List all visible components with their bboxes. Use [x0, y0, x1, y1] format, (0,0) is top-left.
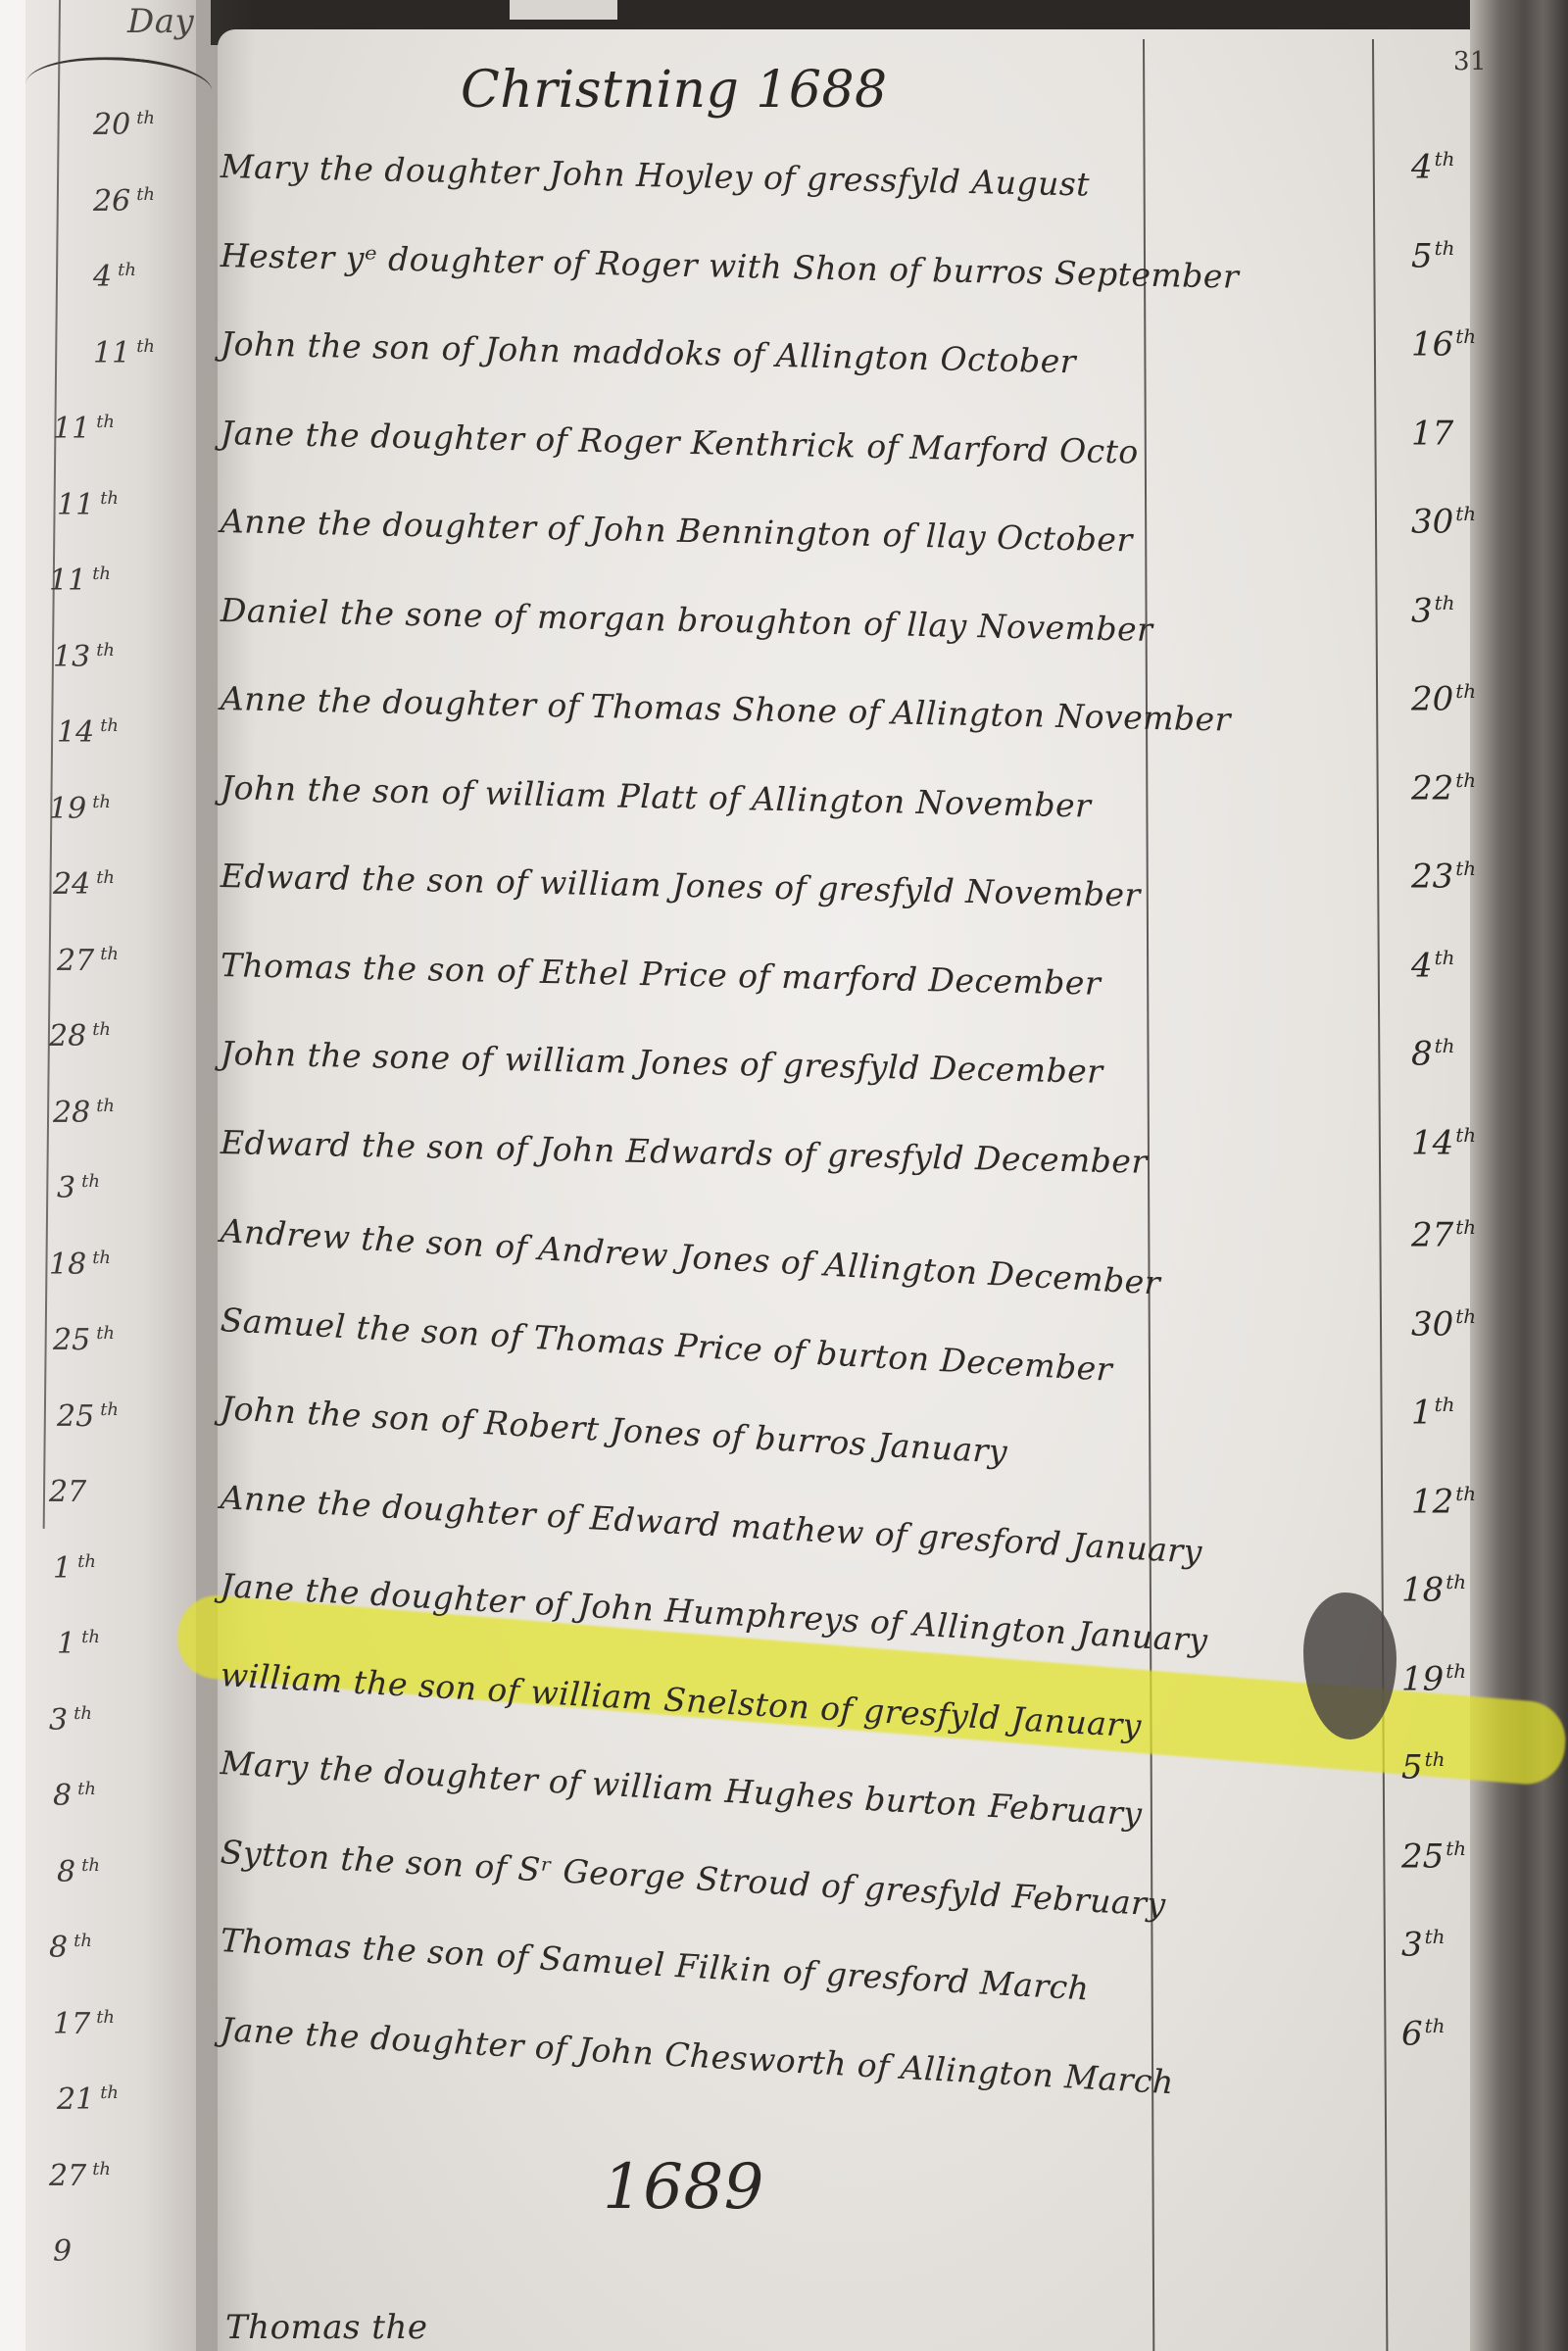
entry-day-number: 12	[1411, 1482, 1453, 1521]
entry-day: 4th	[1411, 946, 1455, 985]
entry-month: March	[1063, 2057, 1174, 2101]
margin-day-entry: 11th	[53, 412, 115, 446]
margin-day-entry: 27th	[57, 944, 119, 978]
entry-day-suffix: th	[1435, 236, 1455, 260]
entry-day: 8th	[1411, 1034, 1455, 1073]
entry-month: September	[1054, 253, 1240, 295]
entry-day: 30th	[1411, 1304, 1476, 1344]
margin-day-suffix: th	[92, 1019, 111, 1040]
margin-day-suffix: th	[136, 184, 155, 205]
margin-day-entry: 11th	[93, 336, 155, 370]
margin-day-entry: 18th	[49, 1248, 111, 1282]
margin-day-entry: 11th	[57, 488, 119, 522]
entry-day-suffix: th	[1445, 1659, 1466, 1683]
entry-day: 5th	[1401, 1747, 1445, 1787]
margin-day-entry: 8th	[49, 1931, 92, 1965]
margin-day-entry: 17th	[53, 2007, 115, 2041]
margin-day-entry: 20th	[93, 108, 155, 142]
book-right-edge	[1470, 0, 1568, 2351]
margin-day-entry: 3th	[49, 1703, 92, 1738]
margin-day-entry: 9	[53, 2234, 77, 2269]
margin-day-number: 11	[93, 336, 130, 370]
entry-day-number: 6	[1401, 2014, 1423, 2053]
entry-day-suffix: th	[1425, 2014, 1445, 2037]
entry-day-suffix: th	[1445, 1570, 1466, 1593]
entry-day: 16th	[1411, 324, 1476, 364]
entry-day-suffix: th	[1435, 147, 1455, 171]
entry-day: 17	[1411, 414, 1455, 453]
entry-month: December	[975, 1139, 1149, 1181]
margin-day-suffix: th	[77, 1779, 96, 1799]
margin-day-entry: 24th	[53, 867, 115, 902]
margin-day-entry: 25th	[57, 1399, 119, 1434]
page-title: Christning 1688	[461, 61, 888, 120]
year-heading-1689: 1689	[603, 2151, 764, 2224]
margin-day-number: 20	[93, 108, 130, 142]
margin-day-number: 1	[53, 1551, 72, 1586]
entry-day-number: 22	[1411, 768, 1453, 808]
margin-day-entry: 26th	[93, 184, 155, 219]
entry-day-number: 19	[1401, 1659, 1444, 1698]
margin-day-suffix: th	[81, 1627, 100, 1647]
margin-day-entry: 14th	[57, 715, 119, 750]
margin-day-suffix: th	[118, 260, 136, 280]
margin-day-suffix: th	[100, 2082, 119, 2103]
entry-day: 4th	[1411, 147, 1455, 186]
margin-day-suffix: th	[96, 2007, 115, 2028]
margin-day-number: 3	[49, 1703, 68, 1738]
margin-day-suffix: th	[100, 488, 119, 509]
margin-day-number: 11	[53, 412, 90, 446]
margin-day-entry: 1th	[57, 1627, 100, 1661]
margin-day-entry: 11th	[49, 563, 111, 598]
entry-month: October	[997, 518, 1133, 560]
entry-month: November	[965, 872, 1141, 914]
background-patch	[510, 0, 617, 20]
entry-month: January	[1076, 1614, 1208, 1659]
margin-day-number: 9	[53, 2234, 72, 2269]
margin-day-number: 25	[57, 1399, 94, 1434]
entry-day-suffix: th	[1445, 1837, 1466, 1860]
entry-day-suffix: th	[1455, 502, 1476, 525]
entry-month: December	[930, 1049, 1103, 1091]
margin-day-number: 27	[49, 2159, 86, 2193]
entry-month: October	[940, 339, 1076, 380]
margin-day-suffix: th	[77, 1551, 96, 1572]
margin-day-number: 11	[49, 563, 86, 598]
entry-day: 12th	[1411, 1482, 1476, 1521]
entry-day-suffix: th	[1435, 1393, 1455, 1416]
margin-day-suffix: th	[100, 715, 119, 736]
margin-day-suffix: th	[92, 1248, 111, 1268]
entry-day: 18th	[1401, 1570, 1466, 1609]
entry-month: Octo	[1059, 430, 1139, 470]
margin-day-suffix: th	[96, 1096, 115, 1116]
margin-day-entry: 1th	[53, 1551, 96, 1586]
entry-day-number: 3	[1411, 591, 1433, 630]
margin-day-number: 25	[53, 1323, 90, 1357]
margin-day-number: 17	[53, 2007, 90, 2041]
margin-day-number: 4	[93, 260, 112, 294]
entry-day-suffix: th	[1455, 1215, 1476, 1239]
entry-month: January	[1071, 1525, 1203, 1570]
entry-day-suffix: th	[1455, 768, 1476, 792]
entry-day: 27th	[1411, 1215, 1476, 1254]
margin-day-suffix: th	[73, 1931, 92, 1951]
entry-day-suffix: th	[1455, 679, 1476, 703]
margin-day-number: 24	[53, 867, 90, 902]
entry-day: 20th	[1411, 679, 1476, 718]
entry-month: November	[1055, 697, 1231, 739]
entry-day-suffix: th	[1435, 591, 1455, 614]
margin-day-entry: 4th	[93, 260, 136, 294]
entry-month: November	[915, 782, 1091, 824]
margin-day-suffix: th	[100, 1399, 119, 1420]
margin-day-entry: 27th	[49, 2159, 111, 2193]
margin-day-suffix: th	[96, 1323, 115, 1344]
margin-day-suffix: th	[92, 792, 111, 812]
margin-day-entry: 3th	[57, 1171, 100, 1205]
entry-day-number: 30	[1411, 1304, 1453, 1344]
margin-day-number: 3	[57, 1171, 75, 1205]
margin-day-entry: 8th	[57, 1855, 100, 1889]
margin-column-header: Day	[127, 2, 194, 41]
entry-day-number: 1	[1411, 1393, 1433, 1432]
entry-month: January	[876, 1426, 1008, 1471]
entry-month: December	[928, 960, 1102, 1003]
margin-day-number: 28	[49, 1019, 86, 1053]
margin-day-suffix: th	[96, 412, 115, 432]
entry-month: March	[979, 1963, 1090, 2007]
entry-day-number: 30	[1411, 502, 1453, 541]
entry-day: 3th	[1411, 591, 1455, 630]
margin-day-suffix: th	[92, 563, 111, 584]
entry-day-suffix: th	[1435, 946, 1455, 969]
entry-day-number: 23	[1411, 857, 1453, 896]
entry-day-number: 20	[1411, 679, 1453, 718]
entry-day-suffix: th	[1435, 1034, 1455, 1057]
margin-day-number: 19	[49, 792, 86, 826]
margin-day-entry: 28th	[53, 1096, 115, 1130]
entry-day-number: 27	[1411, 1215, 1453, 1254]
entry-day: 30th	[1411, 502, 1476, 541]
margin-day-number: 27	[57, 944, 94, 978]
entry-day: 3th	[1401, 1925, 1445, 1964]
margin-day-suffix: th	[136, 108, 155, 128]
margin-day-number: 1	[57, 1627, 75, 1661]
entry-day-suffix: th	[1425, 1747, 1445, 1771]
entry-day-number: 3	[1401, 1925, 1423, 1964]
register-page	[218, 29, 1482, 2351]
entry-day: 1th	[1411, 1393, 1455, 1432]
entry-day-number: 5	[1401, 1747, 1423, 1787]
margin-day-entry: 8th	[53, 1779, 96, 1813]
entry-day-suffix: th	[1425, 1925, 1445, 1948]
entry-day-number: 16	[1411, 324, 1453, 364]
margin-day-entry: 13th	[53, 640, 115, 674]
trailing-entry-fragment: Thomas the	[225, 2308, 428, 2347]
margin-day-number: 14	[57, 715, 94, 750]
margin-day-suffix: th	[81, 1171, 100, 1192]
page-number: 31	[1453, 47, 1487, 76]
margin-day-number: 8	[57, 1855, 75, 1889]
entry-day: 19th	[1401, 1659, 1466, 1698]
entry-month: February	[1011, 1877, 1167, 1924]
entry-month: January	[1010, 1699, 1143, 1744]
entry-day: 25th	[1401, 1837, 1466, 1876]
margin-day-number: 26	[93, 184, 130, 219]
margin-day-suffix: th	[92, 2159, 111, 2180]
margin-day-suffix: th	[81, 1855, 100, 1876]
margin-day-number: 13	[53, 640, 90, 674]
entry-day: 23th	[1411, 857, 1476, 896]
entry-day-suffix: th	[1455, 324, 1476, 348]
entry-day-number: 14	[1411, 1123, 1453, 1162]
margin-day-suffix: th	[73, 1703, 92, 1724]
margin-day-suffix: th	[100, 944, 119, 964]
margin-day-number: 28	[53, 1096, 90, 1130]
margin-day-number: 11	[57, 488, 94, 522]
entry-day-number: 17	[1411, 414, 1453, 453]
margin-day-entry: 21th	[57, 2082, 119, 2117]
margin-day-number: 8	[49, 1931, 68, 1965]
entry-day: 5th	[1411, 236, 1455, 275]
margin-day-suffix: th	[96, 867, 115, 888]
entry-day-number: 25	[1401, 1837, 1444, 1876]
entry-day: 6th	[1401, 2014, 1445, 2053]
entry-day-number: 8	[1411, 1034, 1433, 1073]
margin-day-number: 21	[57, 2082, 94, 2117]
entry-day-number: 5	[1411, 236, 1433, 275]
entry-day: 22th	[1411, 768, 1476, 808]
entry-day-suffix: th	[1455, 857, 1476, 880]
margin-day-suffix: th	[96, 640, 115, 661]
entry-day-suffix: th	[1455, 1123, 1476, 1147]
margin-day-entry: 27	[49, 1475, 92, 1509]
entry-month: August	[971, 163, 1090, 204]
page-outer-margin	[0, 0, 25, 2351]
margin-day-number: 8	[53, 1779, 72, 1813]
margin-day-suffix: th	[136, 336, 155, 357]
margin-day-entry: 28th	[49, 1019, 111, 1053]
entry-day-suffix: th	[1455, 1482, 1476, 1505]
margin-day-entry: 19th	[49, 792, 111, 826]
entry-day: 14th	[1411, 1123, 1476, 1162]
entry-day-number: 4	[1411, 147, 1433, 186]
entry-day-number: 18	[1401, 1570, 1444, 1609]
margin-day-entry: 25th	[53, 1323, 115, 1357]
margin-day-number: 18	[49, 1248, 86, 1282]
entry-day-suffix: th	[1455, 1304, 1476, 1328]
entry-month: November	[977, 607, 1152, 649]
margin-day-number: 27	[49, 1475, 86, 1509]
entry-day-number: 4	[1411, 946, 1433, 985]
